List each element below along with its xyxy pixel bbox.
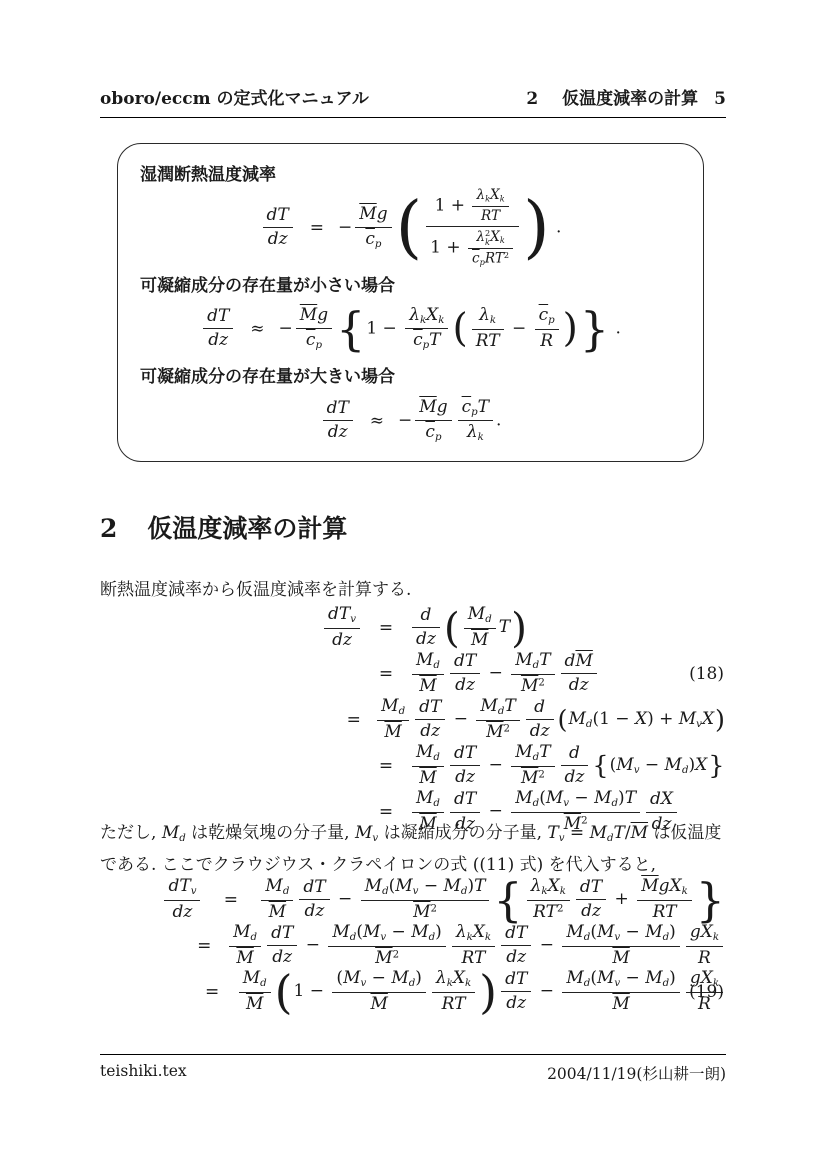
fraction: dTdz <box>450 744 480 788</box>
fraction: MdTM2 <box>511 743 554 788</box>
fraction: dTdz <box>501 970 531 1014</box>
fraction: λkXkRT <box>432 969 475 1014</box>
fraction: dTdz <box>450 652 480 696</box>
fraction: dTdz <box>267 924 297 968</box>
box-equation-large-condensible: dTdz ≈ −MgcpcpTλk. <box>140 390 681 451</box>
equation-19-block: dTvdz = MdMdTdz − Md(Mv − Md)TM2{λkXkRT2… <box>100 876 726 1015</box>
equation-rhs: MdM(1 − (Mv − Md)MλkXkRT)dTdz − Md(Mv − … <box>236 969 726 1014</box>
equation-lhs: dTdz <box>260 206 296 250</box>
fraction: ddz <box>561 744 589 788</box>
equation-row: = MdM(1 − (Mv − Md)MλkXkRT)dTdz − Md(Mv … <box>100 969 726 1014</box>
fraction: MdM <box>239 969 271 1014</box>
fraction: dTdz <box>263 206 293 250</box>
fraction: dTdz <box>323 399 353 443</box>
fraction: λkXkRT <box>472 188 508 224</box>
equation-row: = MdMdTdz − MdTM2ddz{(Mv − Md)X} <box>100 743 726 788</box>
fraction: ddz <box>412 606 440 650</box>
box-heading-moist-adiabat: 湿潤断熱温度減率 <box>140 160 681 185</box>
equation-lhs: dTvdz <box>100 877 203 922</box>
header-section-title: 仮温度減率の計算 <box>562 84 698 109</box>
fraction: dTvdz <box>324 605 360 650</box>
equation-relation: = <box>363 802 409 822</box>
fraction: Md(Mv − Md)M <box>562 923 679 968</box>
equation-rhs: MdMdTdz − Md(Mv − Md)TM2{λkXkRT2dTdz + M… <box>258 877 726 922</box>
footer-filename: teishiki.tex <box>100 1062 187 1084</box>
fraction: dMdz <box>561 652 597 696</box>
equation-tag-18: (18) <box>689 664 724 684</box>
header-section-number: 2 <box>526 89 538 109</box>
equation-relation: = <box>333 710 374 730</box>
page-number: 5 <box>714 89 726 109</box>
equation-rhs: −MgcpcpTλk. <box>398 398 501 444</box>
equation-relation: = <box>363 756 409 776</box>
fraction: cpR <box>535 306 559 351</box>
fraction: Md(Mv − Md)M <box>562 969 679 1014</box>
box-equation-small-condensible: dTdz ≈ −Mgcp{1 − λkXkcpT(λkRT − cpR)} . <box>140 299 681 360</box>
fraction: λ2kXkcpRT2 <box>468 229 513 267</box>
equation-rhs: MdMdTdz − MdTM2ddz(Md(1 − X) + MvX) <box>374 697 726 742</box>
section-title: 仮温度減率の計算 <box>147 509 347 545</box>
equation-relation: ≈ <box>250 319 264 339</box>
fraction: Mgcp <box>415 398 451 443</box>
fraction: dTdz <box>415 698 445 742</box>
box-equation-moist-adiabat: dTdz = −Mgcp(1 + λkXkRT1 + λ2kXkcpRT2) . <box>140 188 681 268</box>
fraction: gXkR <box>686 923 723 968</box>
equation-lhs: dTdz <box>320 399 356 443</box>
fraction: MdM <box>261 877 293 922</box>
equation-rhs: MdMdTdz − MdTM2dMdz <box>409 651 600 696</box>
header-doc-title: oboro/eccm の定式化マニュアル <box>100 84 369 109</box>
equation-relation: = <box>363 664 409 684</box>
equation-relation: = <box>363 618 409 638</box>
equation-lhs: dTdz <box>200 307 236 351</box>
fraction: dTvdz <box>164 877 200 922</box>
fraction: ddz <box>526 698 554 742</box>
fraction: MdM <box>377 697 409 742</box>
fraction: MdM <box>412 743 444 788</box>
box-heading-small-condensible: 可凝縮成分の存在量が小さい場合 <box>140 271 681 296</box>
fraction: λkRT <box>472 306 504 351</box>
fraction: dTdz <box>501 924 531 968</box>
section-number: 2 <box>100 514 117 543</box>
equation-relation: = <box>310 218 324 238</box>
fraction: MdTM2 <box>511 651 554 696</box>
equation-row: dTvdz = MdMdTdz − Md(Mv − Md)TM2{λkXkRT2… <box>100 877 726 922</box>
fraction: λkXkRT2 <box>527 877 570 922</box>
section-heading: 2 仮温度減率の計算 <box>100 509 347 545</box>
equation-relation: = <box>182 936 226 956</box>
fraction: dTdz <box>299 878 329 922</box>
equation-row: dTvdz = ddz(MdMT) <box>100 605 726 650</box>
equation-rhs: MdMdTdz − MdTM2ddz{(Mv − Md)X} <box>409 743 725 788</box>
fraction: dTdz <box>203 307 233 351</box>
equation-tag-19: (19) <box>689 982 724 1002</box>
equation-relation: ≈ <box>370 411 384 431</box>
paragraph-definitions: ただし, Md は乾燥気塊の分子量, Mv は凝縮成分の分子量, Tv = Md… <box>100 820 730 878</box>
fraction: MdM <box>229 923 261 968</box>
fraction: MdM <box>412 651 444 696</box>
equation-rhs: ddz(MdMT) <box>409 605 528 650</box>
box-heading-large-condensible: 可凝縮成分の存在量が大きい場合 <box>140 362 681 387</box>
header-section-ref: 2 仮温度減率の計算 5 <box>526 84 726 109</box>
fraction: cpTλk <box>458 398 493 444</box>
fraction: λkXkRT <box>452 923 495 968</box>
fraction: MdTM2 <box>476 697 519 742</box>
paragraph-intro: 断熱温度減率から仮温度減率を計算する. <box>100 577 730 603</box>
fraction: Mgcp <box>296 306 332 351</box>
fraction: λkXkcpT <box>405 306 448 352</box>
fraction: MgXkRT <box>637 877 692 922</box>
fraction: dTdz <box>576 878 606 922</box>
equation-rhs: −Mgcp{1 − λkXkcpT(λkRT − cpR)} . <box>279 306 621 352</box>
page-footer: teishiki.tex 2004/11/19(杉山耕一朗) <box>100 1054 726 1084</box>
summary-box: 湿潤断熱温度減率 dTdz = −Mgcp(1 + λkXkRT1 + λ2kX… <box>117 143 704 462</box>
equation-relation: = <box>203 890 258 910</box>
page-header: oboro/eccm の定式化マニュアル 2 仮温度減率の計算 5 <box>100 84 726 118</box>
fraction: Md(Mv − Md)M2 <box>328 923 445 968</box>
fraction: (Mv − Md)M <box>332 969 425 1014</box>
equation-rhs: −Mgcp(1 + λkXkRT1 + λ2kXkcpRT2) . <box>338 188 561 268</box>
equation-18-block: dTvdz = ddz(MdMT) = MdMdTdz − MdTM2dMdz … <box>100 604 726 836</box>
equation-relation: = <box>189 982 236 1002</box>
fraction: MdM <box>464 605 496 650</box>
equation-row: = MdMdTdz − Md(Mv − Md)M2λkXkRTdTdz − Md… <box>100 923 726 968</box>
fraction: Mgcp <box>355 205 391 250</box>
equation-lhs: dTvdz <box>100 605 363 650</box>
footer-date-author: 2004/11/19(杉山耕一朗) <box>547 1062 726 1084</box>
equation-rhs: MdMdTdz − Md(Mv − Md)M2λkXkRTdTdz − Md(M… <box>226 923 726 968</box>
fraction: 1 + λkXkRT1 + λ2kXkcpRT2 <box>426 188 519 268</box>
document-page: oboro/eccm の定式化マニュアル 2 仮温度減率の計算 5 湿潤断熱温度… <box>0 0 826 1169</box>
equation-row: = MdMdTdz − MdTM2ddz(Md(1 − X) + MvX) <box>100 697 726 742</box>
fraction: Md(Mv − Md)TM2 <box>361 877 490 922</box>
equation-row: = MdMdTdz − MdTM2dMdz (18) <box>100 651 726 696</box>
